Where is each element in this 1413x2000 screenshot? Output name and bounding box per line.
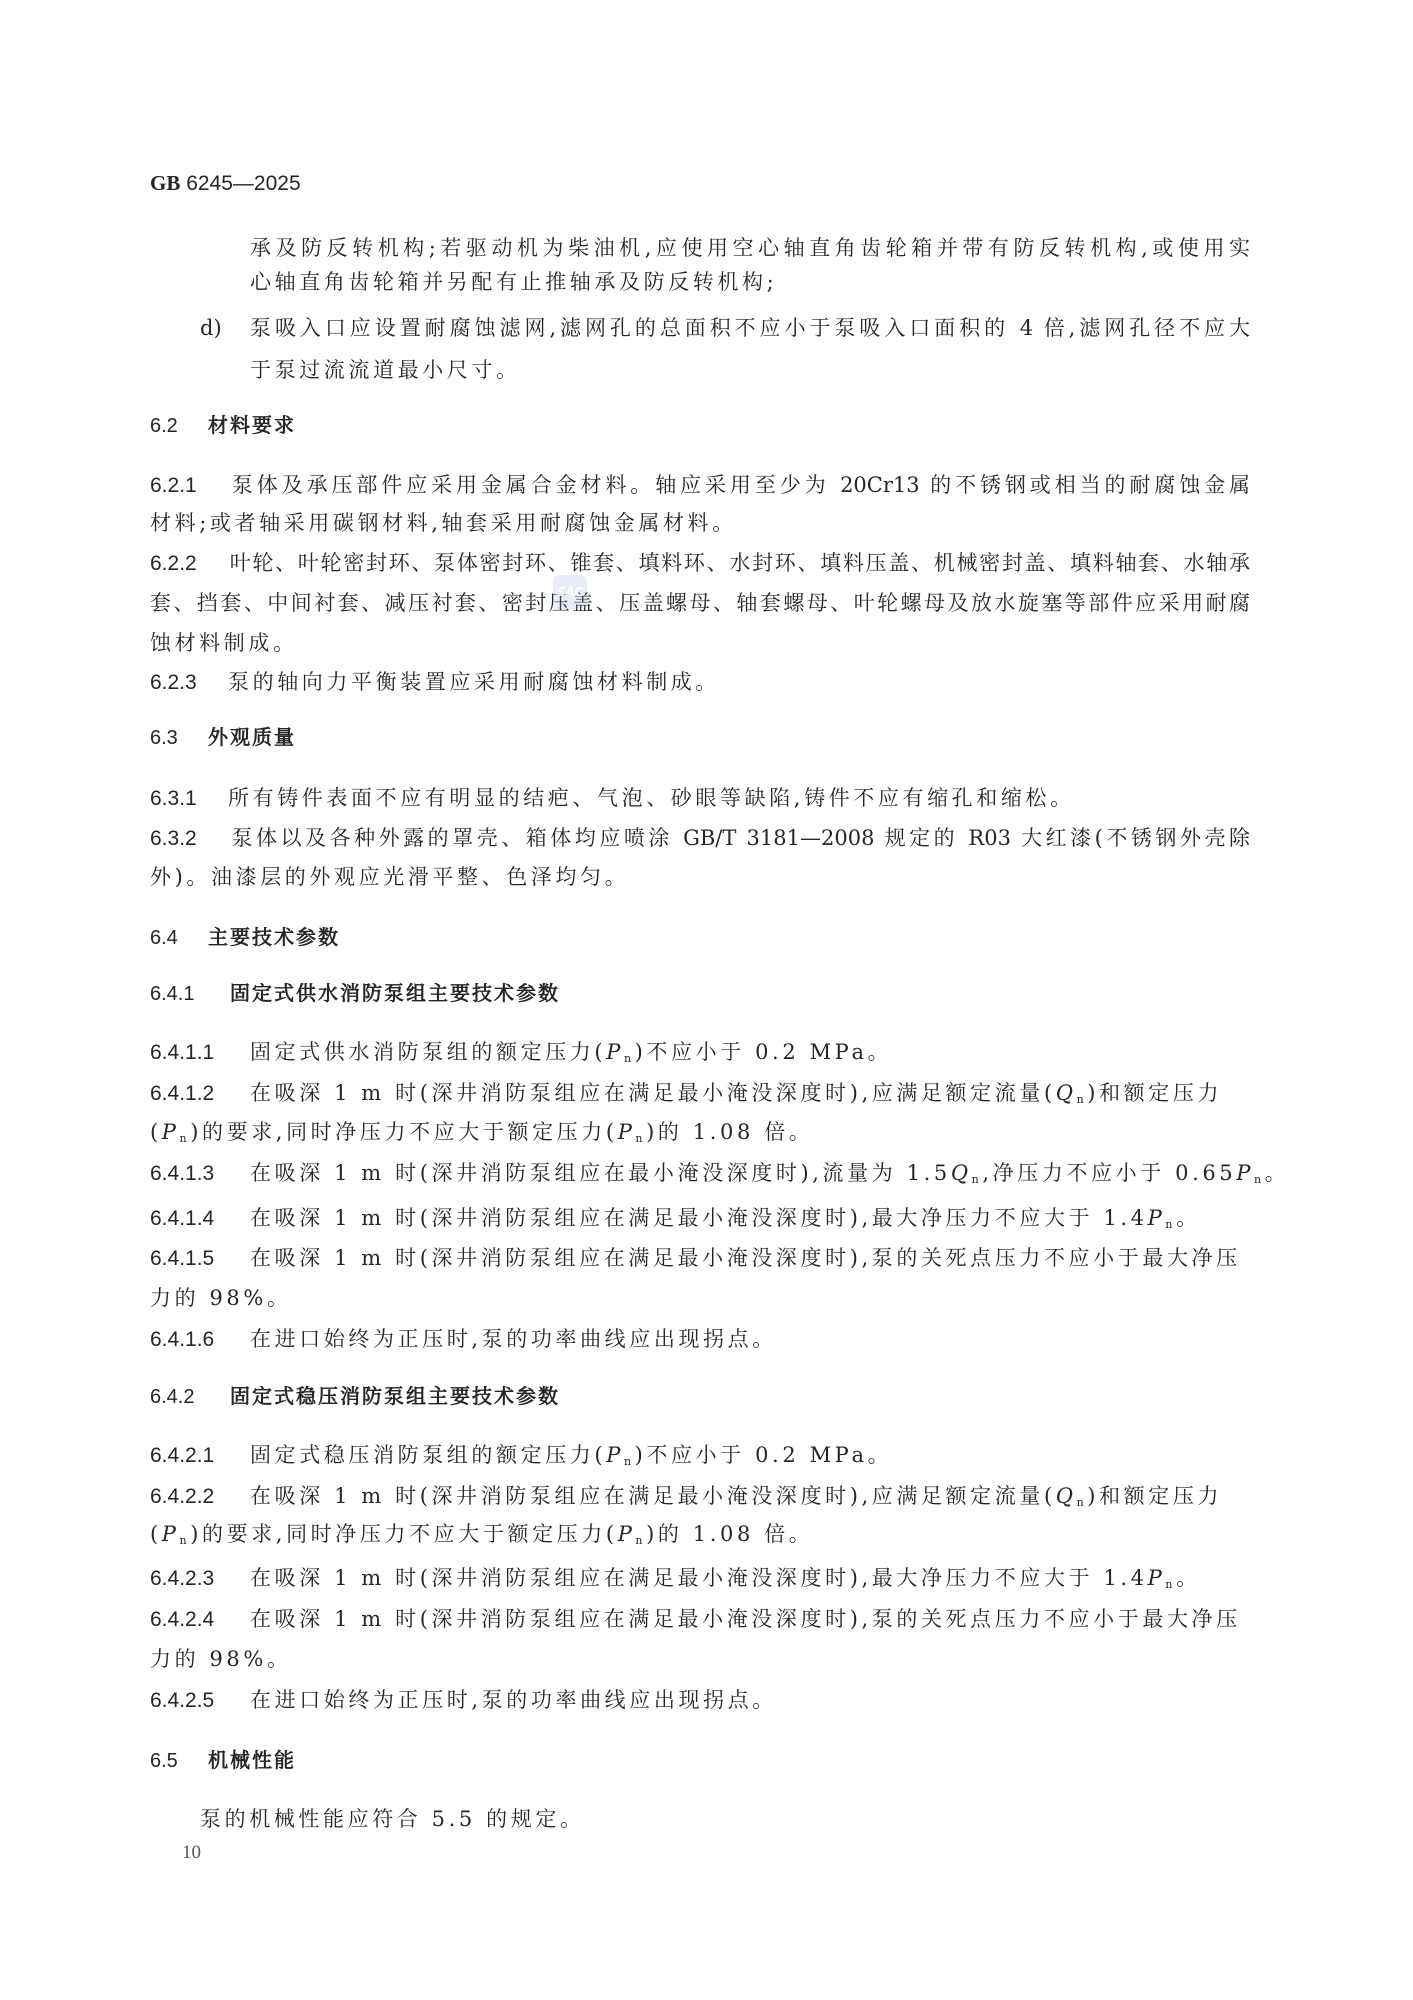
clause-text: ( [150,1120,162,1144]
clause-text: )的 1.08 倍。 [646,1120,813,1144]
clause-6-2-2-line-1: 6.2.2叶轮、叶轮密封环、泵体密封环、锥套、填料环、水封环、填料压盖、机械密封… [150,548,1250,578]
clause-text: 在吸深 1 m 时(深井消防泵组应在最小淹没深度时),流量为 1.5 [250,1161,951,1185]
section-title: 固定式供水消防泵组主要技术参数 [230,981,560,1005]
standard-number: 6245—2025 [186,172,300,195]
clause-6-4-2-4-line-1: 6.4.2.4在吸深 1 m 时(深井消防泵组应在满足最小淹没深度时),泵的关死… [150,1604,1241,1634]
clause-6-2-1-line-1: 6.2.1泵体及承压部件应采用金属合金材料。轴应采用至少为 20Cr13 的不锈… [150,470,1250,500]
clause-6-4-2-2-line-2: (Pn)的要求,同时净压力不应大于额定压力(Pn)的 1.08 倍。 [150,1519,813,1549]
clause-text: 。 [1176,1206,1201,1230]
clause-text: 在进口始终为正压时,泵的功率曲线应出现拐点。 [250,1688,777,1712]
clause-text: 在吸深 1 m 时(深井消防泵组应在满足最小淹没深度时),泵的关死点压力不应小于… [250,1246,1241,1270]
subscript-n: n [1077,1093,1088,1106]
clause-number: 6.3.1 [150,784,228,814]
subscript-n: n [1165,1578,1176,1591]
section-heading-6-2: 6.2材料要求 [150,410,296,440]
clause-text: )不应小于 0.2 MPa。 [635,1443,893,1467]
clause-number: 6.4.1.6 [150,1325,250,1355]
clause-6-2-2-line-3: 蚀材料制成。 [150,628,298,658]
clause-text: 所有铸件表面不应有明显的结疤、气泡、砂眼等缺陷,铸件不应有缩孔和缩松。 [228,786,1075,810]
standard-code-header: GB 6245—2025 [150,168,301,198]
clause-text: 在吸深 1 m 时(深井消防泵组应在满足最小淹没深度时),泵的关死点压力不应小于… [250,1607,1241,1631]
clause-text: 。 [1265,1161,1290,1185]
clause-6-4-2-2-line-1: 6.4.2.2在吸深 1 m 时(深井消防泵组应在满足最小淹没深度时),应满足额… [150,1481,1222,1511]
clause-text: 在吸深 1 m 时(深井消防泵组应在满足最小淹没深度时),最大净压力不应大于 1… [250,1566,1148,1590]
symbol-P: P [1148,1206,1166,1230]
clause-number: 6.4.1.5 [150,1244,250,1274]
clause-number: 6.2.2 [150,549,228,579]
subscript-n: n [180,1534,191,1547]
clause-number: 6.4.1.4 [150,1204,250,1234]
clause-number: 6.4.2.1 [150,1441,250,1471]
symbol-Q: Q [1056,1484,1077,1508]
section-heading-6-4: 6.4主要技术参数 [150,922,340,952]
clause-6-4-1-1: 6.4.1.1固定式供水消防泵组的额定压力(Pn)不应小于 0.2 MPa。 [150,1037,892,1067]
section-heading-6-3: 6.3外观质量 [150,722,296,752]
clause-text: )的要求,同时净压力不应大于额定压力( [190,1522,617,1546]
section-title: 机械性能 [208,1748,296,1772]
subscript-n: n [1254,1173,1265,1186]
symbol-P: P [1148,1566,1166,1590]
clause-number: 6.4.1.2 [150,1079,250,1109]
clause-text: )的要求,同时净压力不应大于额定压力( [190,1120,617,1144]
symbol-P: P [618,1120,636,1144]
clause-text: 泵的轴向力平衡装置应采用耐腐蚀材料制成。 [228,670,720,694]
clause-text: )和额定压力 [1087,1484,1222,1508]
subscript-n: n [1077,1496,1088,1509]
clause-number: 6.4.1.1 [150,1038,250,1068]
section-number: 6.2 [150,411,208,441]
clause-6-4-1-5-line-2: 力的 98%。 [150,1283,292,1313]
clause-number: 6.3.2 [150,824,228,854]
clause-text: 叶轮、叶轮密封环、泵体密封环、锥套、填料环、水封环、填料压盖、机械密封盖、填料轴… [228,551,1250,575]
subscript-n: n [180,1132,191,1145]
clause-number: 6.4.2.3 [150,1564,250,1594]
section-heading-6-5: 6.5机械性能 [150,1745,296,1775]
clause-6-4-1-2-line-2: (Pn)的要求,同时净压力不应大于额定压力(Pn)的 1.08 倍。 [150,1117,813,1147]
subscript-n: n [972,1173,983,1186]
page-number: 10 [182,1838,201,1868]
clause-text: 泵体及承压部件应采用金属合金材料。轴应采用至少为 20Cr13 的不锈钢或相当的… [228,473,1250,497]
standard-prefix: GB [150,171,180,195]
clause-text: ,净压力不应小于 0.65 [982,1161,1236,1185]
clause-text: )和额定压力 [1087,1081,1222,1105]
section-title: 材料要求 [208,413,296,437]
clause-6-4-1-3: 6.4.1.3在吸深 1 m 时(深井消防泵组应在最小淹没深度时),流量为 1.… [150,1158,1289,1188]
clause-6-4-2-1: 6.4.2.1固定式稳压消防泵组的额定压力(Pn)不应小于 0.2 MPa。 [150,1440,892,1470]
clause-text: 固定式供水消防泵组的额定压力( [250,1040,606,1064]
section-number: 6.4.1 [150,979,230,1009]
clause-6-3-2-line-2: 外)。油漆层的外观应光滑平整、色泽均匀。 [150,862,629,892]
continuation-line-2: 心轴直角齿轮箱并另配有止推轴承及防反转机构; [250,267,777,297]
clause-text: 。 [1176,1566,1201,1590]
clause-6-4-2-5: 6.4.2.5在进口始终为正压时,泵的功率曲线应出现拐点。 [150,1685,777,1715]
clause-number: 6.4.1.3 [150,1159,250,1189]
subscript-n: n [624,1052,635,1065]
section-number: 6.3 [150,723,208,753]
item-d-line-2: 于泵过流流道最小尺寸。 [250,355,521,385]
section-number: 6.4 [150,923,208,953]
subscript-n: n [635,1534,646,1547]
clause-text: )的 1.08 倍。 [646,1522,813,1546]
clause-number: 6.4.2.5 [150,1686,250,1716]
clause-text: 在吸深 1 m 时(深井消防泵组应在满足最小淹没深度时),最大净压力不应大于 1… [250,1206,1148,1230]
sac-watermark-logo: SAC [553,575,587,609]
clause-6-2-3: 6.2.3泵的轴向力平衡装置应采用耐腐蚀材料制成。 [150,667,720,697]
symbol-P: P [162,1120,180,1144]
symbol-P: P [1236,1161,1254,1185]
clause-6-4-2-4-line-2: 力的 98%。 [150,1644,292,1674]
clause-6-4-1-6: 6.4.1.6在进口始终为正压时,泵的功率曲线应出现拐点。 [150,1324,777,1354]
clause-6-4-1-4: 6.4.1.4在吸深 1 m 时(深井消防泵组应在满足最小淹没深度时),最大净压… [150,1203,1201,1233]
clause-number: 6.2.1 [150,471,228,501]
section-number: 6.5 [150,1746,208,1776]
subscript-n: n [1165,1218,1176,1231]
clause-6-2-1-line-2: 材料;或者轴采用碳钢材料,轴套采用耐腐蚀金属材料。 [150,508,737,538]
subscript-n: n [624,1455,635,1468]
clause-text: 固定式稳压消防泵组的额定压力( [250,1443,606,1467]
clause-number: 6.2.3 [150,668,228,698]
clause-6-2-2-line-2: 套、挡套、中间衬套、减压衬套、密封压盖、压盖螺母、轴套螺母、叶轮螺母及放水旋塞等… [150,588,1250,618]
section-number: 6.4.2 [150,1382,230,1412]
clause-6-4-1-5-line-1: 6.4.1.5在吸深 1 m 时(深井消防泵组应在满足最小淹没深度时),泵的关死… [150,1243,1241,1273]
clause-6-3-2-line-1: 6.3.2泵体以及各种外露的罩壳、箱体均应喷涂 GB/T 3181—2008 规… [150,823,1250,853]
section-title: 固定式稳压消防泵组主要技术参数 [230,1384,560,1408]
symbol-P: P [618,1522,636,1546]
item-d-label: d) [200,313,222,343]
clause-6-3-1: 6.3.1所有铸件表面不应有明显的结疤、气泡、砂眼等缺陷,铸件不应有缩孔和缩松。 [150,783,1075,813]
continuation-line-1: 承及防反转机构;若驱动机为柴油机,应使用空心轴直角齿轮箱并带有防反转机构,或使用… [250,233,1250,263]
symbol-P: P [606,1443,624,1467]
clause-number: 6.4.2.2 [150,1482,250,1512]
section-6-5-body: 泵的机械性能应符合 5.5 的规定。 [200,1804,585,1834]
symbol-Q: Q [951,1161,972,1185]
symbol-Q: Q [1056,1081,1077,1105]
symbol-P: P [162,1522,180,1546]
clause-text: 在进口始终为正压时,泵的功率曲线应出现拐点。 [250,1327,777,1351]
clause-text: ( [150,1522,162,1546]
section-title: 主要技术参数 [208,925,340,949]
clause-text: )不应小于 0.2 MPa。 [635,1040,893,1064]
clause-text: 在吸深 1 m 时(深井消防泵组应在满足最小淹没深度时),应满足额定流量( [250,1484,1056,1508]
symbol-P: P [606,1040,624,1064]
subscript-n: n [635,1132,646,1145]
subsection-heading-6-4-1: 6.4.1固定式供水消防泵组主要技术参数 [150,978,560,1008]
clause-text: 泵体以及各种外露的罩壳、箱体均应喷涂 GB/T 3181—2008 规定的 R0… [228,826,1250,850]
clause-text: 在吸深 1 m 时(深井消防泵组应在满足最小淹没深度时),应满足额定流量( [250,1081,1056,1105]
clause-number: 6.4.2.4 [150,1605,250,1635]
subsection-heading-6-4-2: 6.4.2固定式稳压消防泵组主要技术参数 [150,1381,560,1411]
clause-6-4-1-2-line-1: 6.4.1.2在吸深 1 m 时(深井消防泵组应在满足最小淹没深度时),应满足额… [150,1078,1222,1108]
clause-6-4-2-3: 6.4.2.3在吸深 1 m 时(深井消防泵组应在满足最小淹没深度时),最大净压… [150,1563,1201,1593]
item-d-line-1: 泵吸入口应设置耐腐蚀滤网,滤网孔的总面积不应小于泵吸入口面积的 4 倍,滤网孔径… [250,313,1250,343]
section-title: 外观质量 [208,725,296,749]
